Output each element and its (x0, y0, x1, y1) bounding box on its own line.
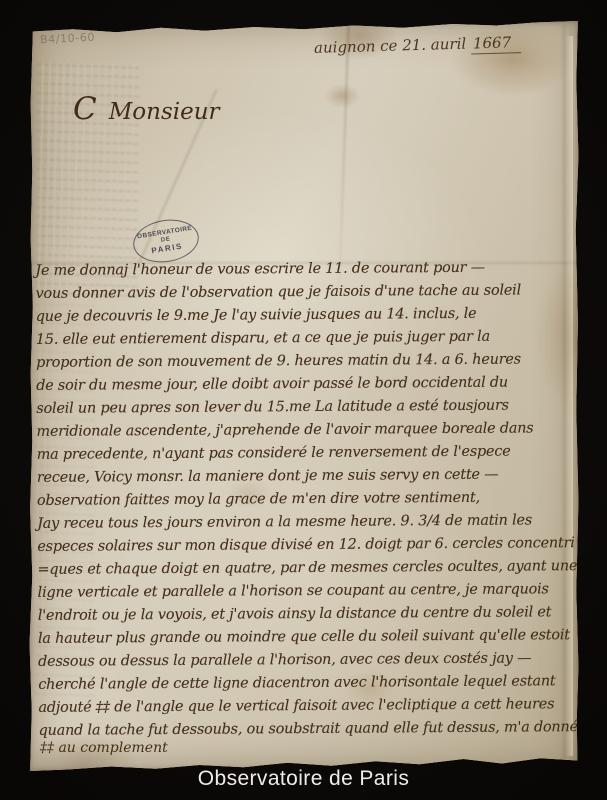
dateline-place-date: auignon ce 21. auril (314, 35, 467, 57)
stamp-line-3: PARIS (151, 241, 184, 255)
footnote: ‡‡ au complement (40, 740, 168, 756)
manuscript-line: quand la tache fut dessoubs, ou soubstra… (39, 716, 577, 743)
manuscript-line: receue, Voicy monsr. la maniere dont je … (37, 463, 575, 490)
letter-page: B4/10-60 auignon ce 21. auril 1667 CMons… (29, 21, 579, 771)
fold-crease-vertical-top (338, 25, 349, 285)
salutation: CMonsieur (73, 91, 220, 127)
pencil-archival-reference: B4/10-60 (40, 31, 96, 47)
dateline-year: 1667 (471, 33, 522, 54)
manuscript-line: vous donner avis de l'observation que je… (35, 279, 573, 306)
letter-body: Je me donnaj l'honeur de vous escrire le… (35, 256, 576, 743)
salutation-flourish: C (73, 91, 97, 127)
archive-caption: Observatoire de Paris (0, 767, 607, 791)
salutation-word: Monsieur (109, 99, 220, 125)
dateline: auignon ce 21. auril 1667 (314, 33, 522, 57)
photo-viewer: B4/10-60 auignon ce 21. auril 1667 CMons… (0, 0, 607, 800)
